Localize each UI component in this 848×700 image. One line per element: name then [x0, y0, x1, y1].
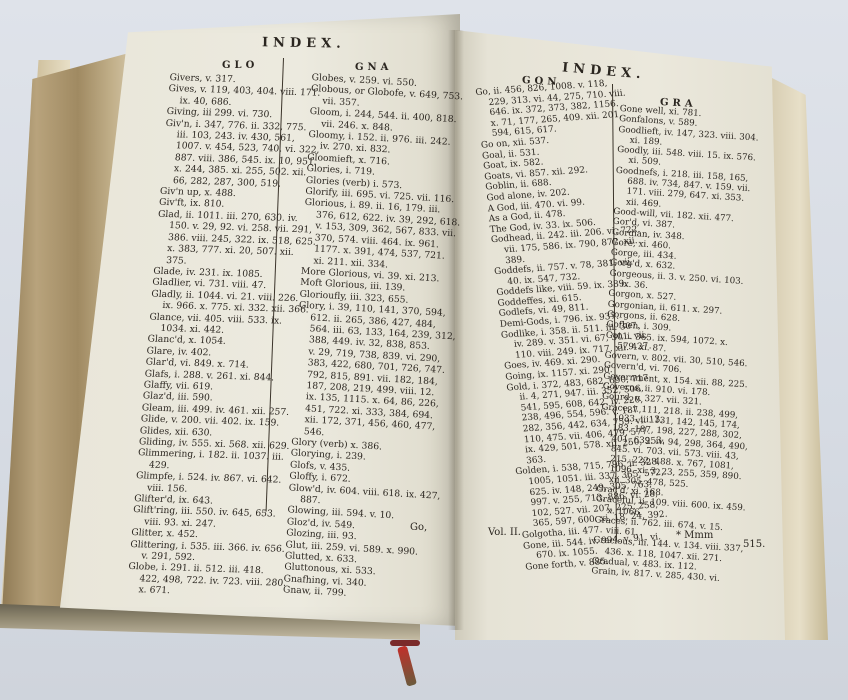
book-photo: INDEX. GLO GNA Givers, v. 317.Gives, v. … — [0, 0, 848, 700]
bookmark-tassel — [397, 645, 417, 686]
catchword: Go, — [410, 522, 427, 533]
signature-mark: * Mmm — [676, 530, 713, 541]
left-col1-header: GLO — [222, 60, 258, 71]
left-col2-header: GNA — [355, 62, 392, 73]
left-running-head: INDEX. — [262, 35, 346, 51]
page-number: 515. — [743, 539, 765, 550]
volume-label: Vol. II. — [488, 527, 521, 538]
ribbon-bookmark — [390, 640, 420, 690]
left-col2-entries: Globes, v. 259. vi. 550.Globous, or Glob… — [283, 72, 470, 605]
right-col2-entries: Gone well, xi. 781.Gonfalons, v. 589.Goo… — [591, 104, 770, 586]
